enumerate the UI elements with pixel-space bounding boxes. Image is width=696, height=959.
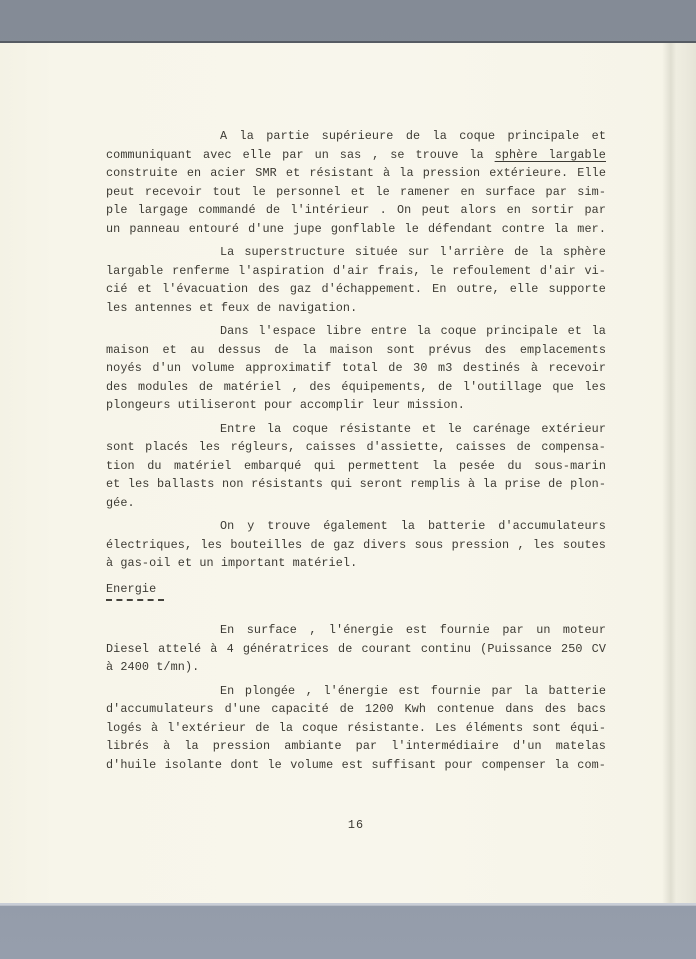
text-line: Entre la coque résistante et le carénage…: [106, 420, 606, 439]
section-heading-label: Energie: [106, 580, 156, 599]
text-line: librés à la pression ambiante par l'inte…: [106, 737, 606, 756]
text-line: communiquant avec elle par un sas , se t…: [106, 146, 606, 165]
text-line: cié et l'évacuation des gaz d'échappemen…: [106, 280, 606, 299]
text-line: des modules de matériel , des équipement…: [106, 378, 606, 397]
scanner-background: A la partie supérieure de la coque princ…: [0, 0, 696, 959]
paragraph-6: En surface , l'énergie est fournie par u…: [106, 621, 606, 677]
paragraph-2: La superstructure située sur l'arrière d…: [106, 243, 606, 317]
text-line: ple largage commandé de l'intérieur . On…: [106, 201, 606, 220]
text-line: d'huile isolante dont le volume est suff…: [106, 756, 606, 775]
underlined-phrase: sphère largable: [495, 148, 606, 162]
text-line: sont placés les régleurs, caisses d'assi…: [106, 438, 606, 457]
section-heading: Energie: [106, 580, 606, 602]
text-line: et les ballasts non résistants qui seron…: [106, 475, 606, 494]
text-line: Diesel attelé à 4 génératrices de couran…: [106, 640, 606, 659]
text-line: noyés d'un volume approximatif total de …: [106, 359, 606, 378]
text-line: d'accumulateurs d'une capacité de 1200 K…: [106, 700, 606, 719]
dashed-underline: [106, 599, 164, 601]
text-line: En surface , l'énergie est fournie par u…: [106, 621, 606, 640]
text-line: un panneau entouré d'une jupe gonflable …: [106, 220, 606, 239]
text-line: La superstructure située sur l'arrière d…: [106, 243, 606, 262]
paragraph-4: Entre la coque résistante et le carénage…: [106, 420, 606, 513]
text-line: à gas-oil et un important matériel.: [106, 554, 606, 573]
paragraph-3: Dans l'espace libre entre la coque princ…: [106, 322, 606, 415]
book-page: A la partie supérieure de la coque princ…: [0, 41, 696, 905]
text-line: largable renferme l'aspiration d'air fra…: [106, 262, 606, 281]
text-line: à 2400 t/mn).: [106, 658, 606, 677]
text-line: construite en acier SMR et résistant à l…: [106, 164, 606, 183]
paragraph-5: On y trouve également la batterie d'accu…: [106, 517, 606, 573]
text-line: On y trouve également la batterie d'accu…: [106, 517, 606, 536]
text-block: A la partie supérieure de la coque princ…: [106, 127, 606, 835]
text-line: A la partie supérieure de la coque princ…: [106, 127, 606, 146]
text-line: logés à l'extérieur de la coque résistan…: [106, 719, 606, 738]
paragraph-7: En plongée , l'énergie est fournie par l…: [106, 682, 606, 775]
text-line: maison et au dessus de la maison sont pr…: [106, 341, 606, 360]
text-line: Dans l'espace libre entre la coque princ…: [106, 322, 606, 341]
text-line: électriques, les bouteilles de gaz diver…: [106, 536, 606, 555]
page-edge-crease: [662, 43, 696, 903]
text-line: En plongée , l'énergie est fournie par l…: [106, 682, 606, 701]
text-line: gée.: [106, 494, 606, 513]
text-line: tion du matériel embarqué qui permettent…: [106, 457, 606, 476]
text-segment: communiquant avec elle par un sas , se t…: [106, 148, 495, 162]
paragraph-1: A la partie supérieure de la coque princ…: [106, 127, 606, 238]
text-line: plongeurs utiliseront pour accomplir leu…: [106, 396, 606, 415]
text-line: les antennes et feux de navigation.: [106, 299, 606, 318]
page-number: 16: [106, 816, 606, 835]
text-line: peut recevoir tout le personnel et le ra…: [106, 183, 606, 202]
